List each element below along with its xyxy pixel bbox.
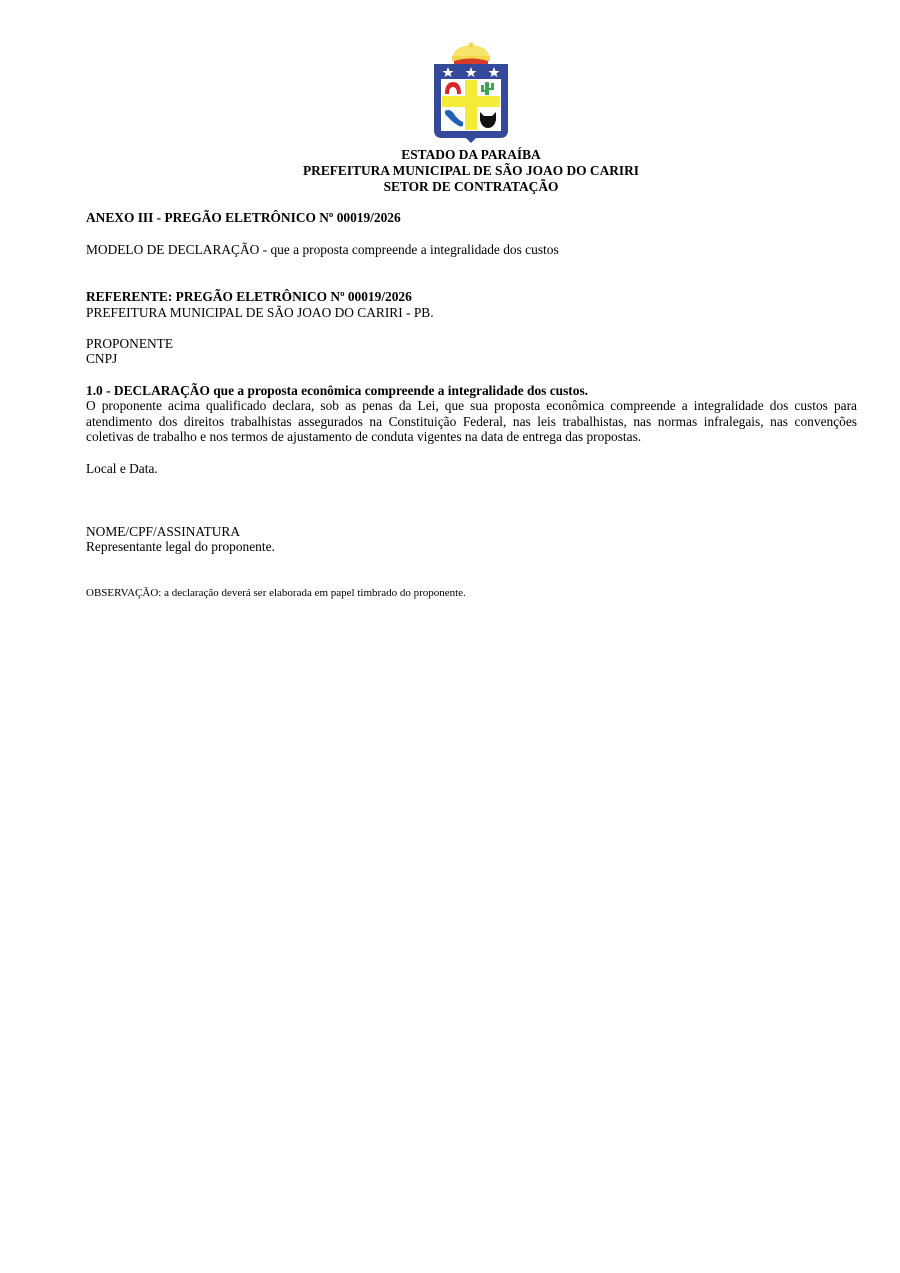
observation-note: OBSERVAÇÃO: a declaração deverá ser elab…: [86, 586, 466, 602]
place-date: Local e Data.: [86, 461, 158, 477]
reference-entity: PREFEITURA MUNICIPAL DE SÃO JOAO DO CARI…: [86, 305, 434, 321]
document-header: ESTADO DA PARAÍBA PREFEITURA MUNICIPAL D…: [0, 147, 900, 195]
municipal-coat-of-arms-icon: [430, 42, 512, 144]
annex-title: ANEXO III - PREGÃO ELETRÔNICO Nº 00019/2…: [86, 210, 401, 226]
signature-role: Representante legal do proponente.: [86, 539, 275, 555]
cnpj-label: CNPJ: [86, 351, 117, 367]
declaration-heading: 1.0 - DECLARAÇÃO que a proposta econômic…: [86, 383, 588, 399]
municipality-name: PREFEITURA MUNICIPAL DE SÃO JOAO DO CARI…: [0, 163, 900, 179]
declaration-text: O proponente acima qualificado declara, …: [86, 398, 857, 445]
signature-label: NOME/CPF/ASSINATURA: [86, 524, 240, 540]
model-title: MODELO DE DECLARAÇÃO - que a proposta co…: [86, 242, 559, 258]
reference-title: REFERENTE: PREGÃO ELETRÔNICO Nº 00019/20…: [86, 289, 412, 305]
sector-name: SETOR DE CONTRATAÇÃO: [0, 179, 900, 195]
proponent-label: PROPONENTE: [86, 336, 173, 352]
state-name: ESTADO DA PARAÍBA: [0, 147, 900, 163]
